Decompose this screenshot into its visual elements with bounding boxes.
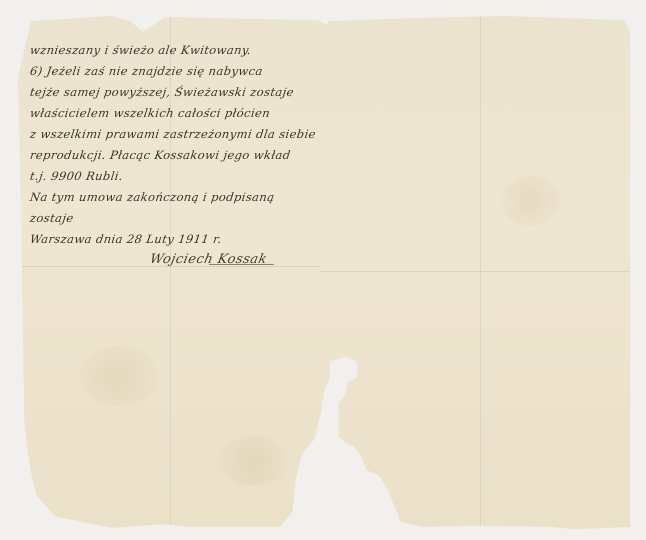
paper-stain	[78, 346, 158, 406]
right-leaf	[320, 16, 630, 532]
paper-stain	[218, 436, 288, 486]
text-line: reprodukcji. Płacąc Kossakowi jego wkład	[29, 145, 332, 166]
text-line: właścicielem wszelkich całości płócien	[29, 103, 332, 124]
text-line: Na tym umowa zakończoną i podpisaną	[29, 187, 332, 208]
horizontal-fold	[320, 271, 630, 273]
text-line: 6) Jeżeli zaś nie znajdzie się nabywca	[29, 61, 332, 82]
vertical-fold	[480, 16, 482, 532]
text-line: t.j. 9900 Rubli.	[29, 166, 332, 187]
letter-body: wznieszany i świeżo ale Kwitowany. 6) Je…	[30, 40, 330, 250]
document-scan: wznieszany i świeżo ale Kwitowany. 6) Je…	[0, 0, 646, 540]
paper-stain	[500, 176, 560, 226]
text-line: tejże samej powyższej, Świeżawski zostaj…	[29, 82, 332, 103]
date-line: Warszawa dnia 28 Luty 1911 r.	[29, 229, 332, 250]
text-line: zostaje	[29, 208, 332, 229]
text-line: z wszelkimi prawami zastrzeżonymi dla si…	[29, 124, 332, 145]
text-line: wznieszany i świeżo ale Kwitowany.	[29, 40, 332, 61]
signature: Wojciech Kossak	[148, 252, 268, 267]
